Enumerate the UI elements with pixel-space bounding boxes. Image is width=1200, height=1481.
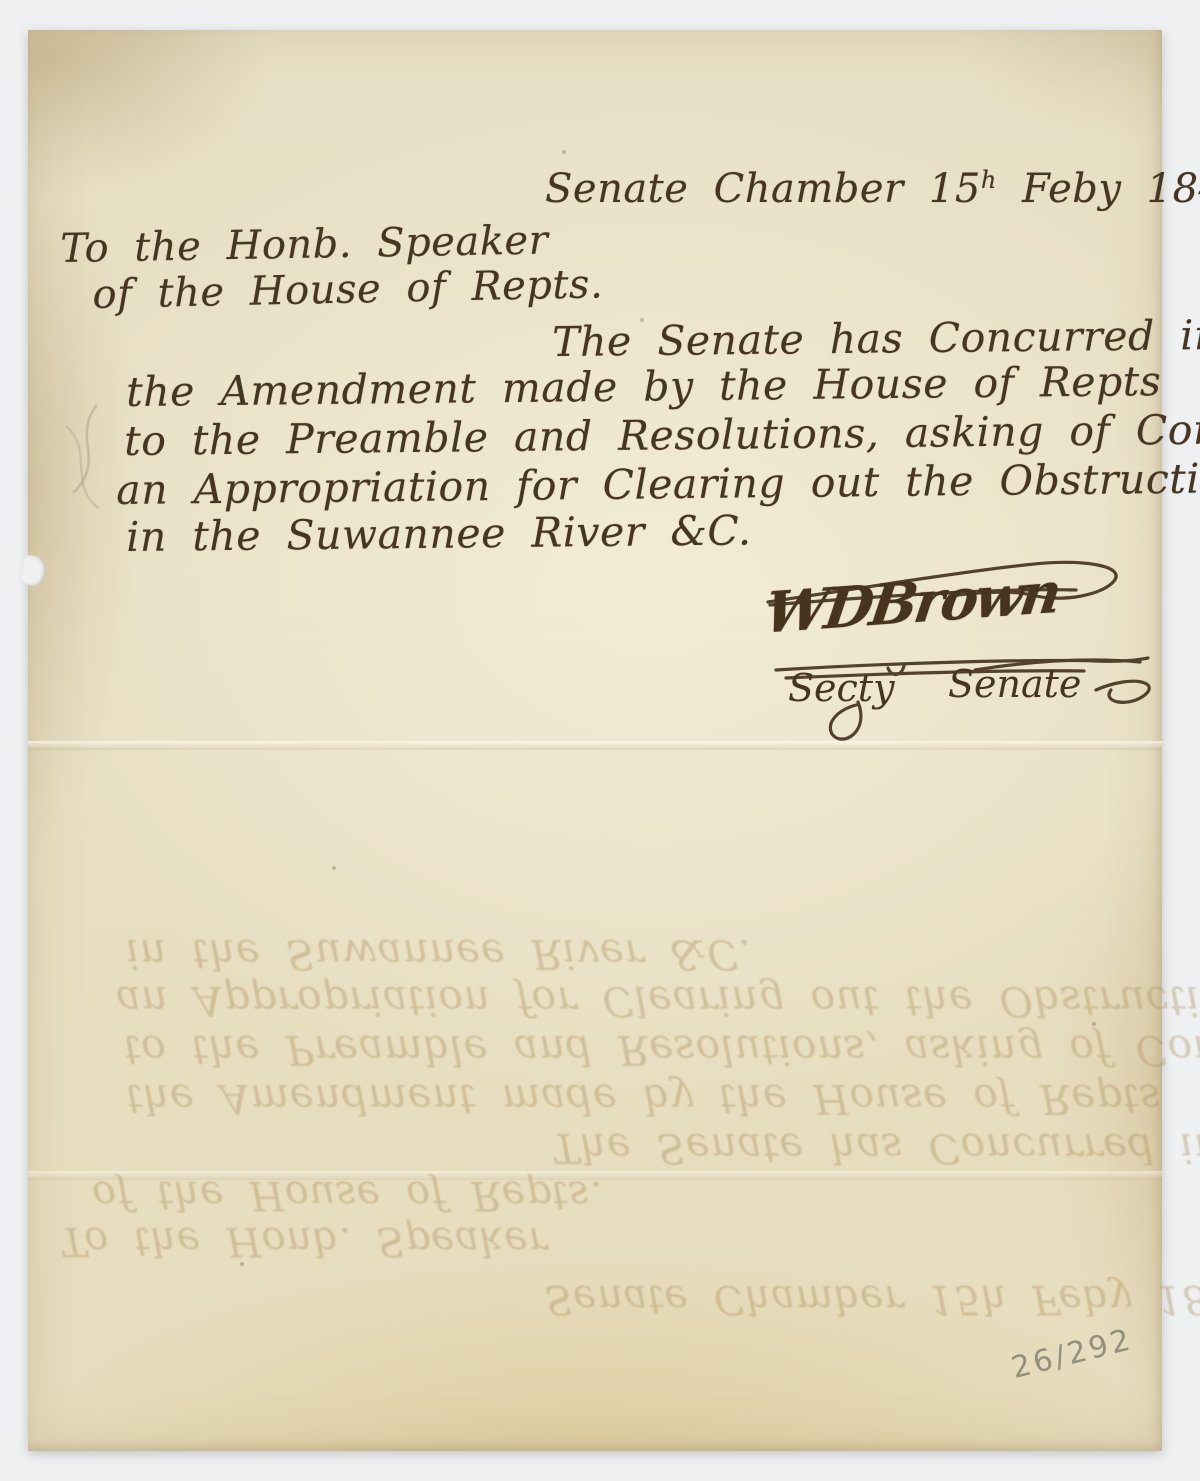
paper-speck — [332, 866, 336, 870]
dateline: Senate Chamber 15h Feby 1844 — [545, 166, 1200, 212]
signature-block: WDBrown Secty Senate — [740, 550, 1180, 760]
dateline-superscript: h — [981, 166, 997, 194]
fold-crease-lower — [28, 1171, 1162, 1180]
signature-office: Senate — [948, 662, 1081, 706]
dateline-place-day: Senate Chamber 15 — [545, 166, 981, 212]
body-line-5: in the Suwannee River &C. — [126, 506, 752, 561]
pencil-scribble — [52, 398, 122, 538]
dateline-month-year: Feby 1844 — [997, 166, 1200, 212]
paper-speck — [240, 1262, 244, 1266]
scan-background: Senate Chamber 15h Feby 1844 To the Honb… — [0, 0, 1200, 1481]
signature-title: Secty — [788, 666, 895, 710]
paper-speck — [562, 150, 566, 154]
paper-speck — [1092, 1022, 1096, 1026]
signature-name: WDBrown — [761, 560, 1063, 647]
